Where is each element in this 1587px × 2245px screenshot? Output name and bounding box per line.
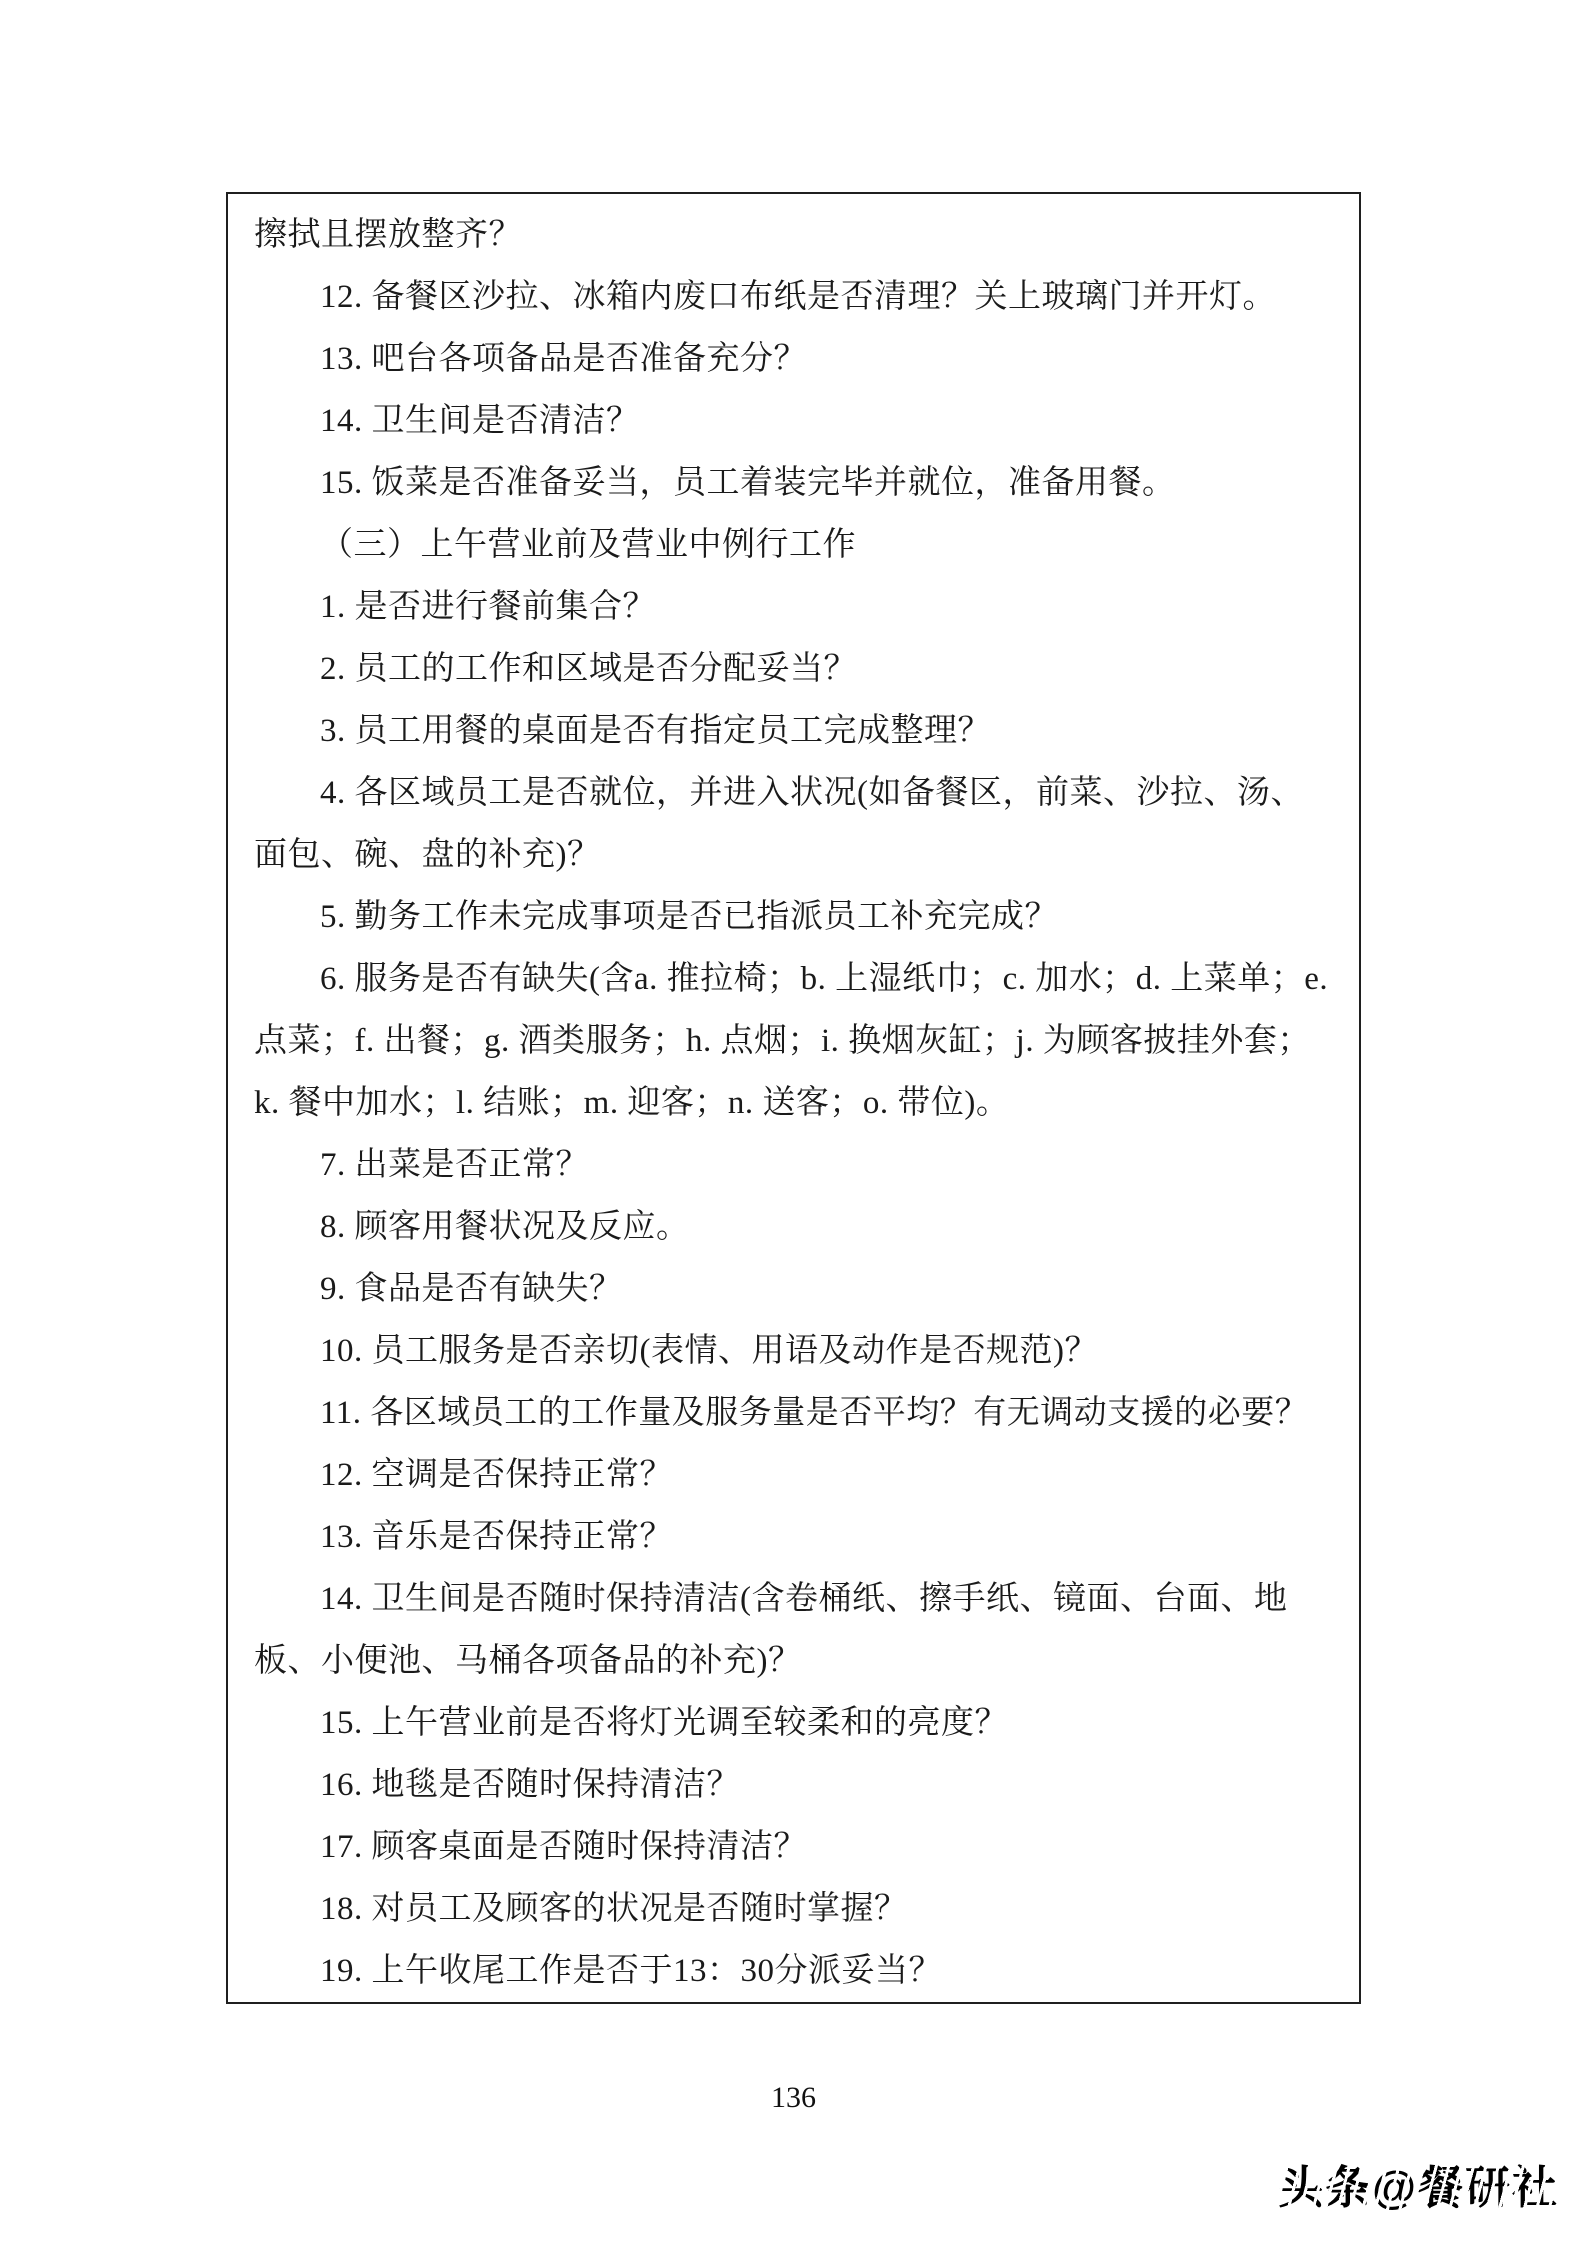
section-heading: （三）上午营业前及营业中例行工作 — [254, 514, 1335, 576]
checklist-item: 12. 备餐区沙拉、冰箱内废口布纸是否清理？关上玻璃门并开灯。 — [254, 266, 1335, 328]
page-number: 136 — [0, 2078, 1587, 2118]
checklist-item: 8. 顾客用餐状况及反应。 — [254, 1196, 1335, 1258]
continuation-text: 擦拭且摆放整齐？ — [254, 204, 1335, 266]
checklist-item: 4. 各区域员工是否就位，并进入状况(如备餐区，前菜、沙拉、汤、面包、碗、盘的补… — [254, 762, 1335, 886]
checklist-item: 15. 饭菜是否准备妥当，员工着装完毕并就位，准备用餐。 — [254, 452, 1335, 514]
watermark: 头条@餐研社 — [1278, 2160, 1559, 2215]
checklist-item: 14. 卫生间是否随时保持清洁(含卷桶纸、擦手纸、镜面、台面、地板、小便池、马桶… — [254, 1568, 1335, 1692]
checklist-box: 擦拭且摆放整齐？ 12. 备餐区沙拉、冰箱内废口布纸是否清理？关上玻璃门并开灯。… — [226, 192, 1361, 2004]
checklist-item: 9. 食品是否有缺失？ — [254, 1258, 1335, 1320]
checklist-item: 14. 卫生间是否清洁？ — [254, 390, 1335, 452]
checklist-item: 3. 员工用餐的桌面是否有指定员工完成整理？ — [254, 700, 1335, 762]
checklist-item: 2. 员工的工作和区域是否分配妥当？ — [254, 638, 1335, 700]
checklist-item: 1. 是否进行餐前集合？ — [254, 576, 1335, 638]
checklist-item: 16. 地毯是否随时保持清洁？ — [254, 1754, 1335, 1816]
checklist-item: 5. 勤务工作未完成事项是否已指派员工补充完成？ — [254, 886, 1335, 948]
checklist-item: 18. 对员工及顾客的状况是否随时掌握？ — [254, 1878, 1335, 1940]
checklist-item: 12. 空调是否保持正常？ — [254, 1444, 1335, 1506]
checklist-item: 13. 音乐是否保持正常？ — [254, 1506, 1335, 1568]
checklist-item: 19. 上午收尾工作是否于13：30分派妥当？ — [254, 1940, 1335, 2002]
checklist-item: 15. 上午营业前是否将灯光调至较柔和的亮度？ — [254, 1692, 1335, 1754]
checklist-item: 6. 服务是否有缺失(含a. 推拉椅；b. 上湿纸巾；c. 加水；d. 上菜单；… — [254, 948, 1335, 1134]
checklist-item: 11. 各区域员工的工作量及服务量是否平均？有无调动支援的必要？ — [254, 1382, 1335, 1444]
checklist-item: 13. 吧台各项备品是否准备充分？ — [254, 328, 1335, 390]
checklist-item: 17. 顾客桌面是否随时保持清洁？ — [254, 1816, 1335, 1878]
checklist-item: 7. 出菜是否正常？ — [254, 1134, 1335, 1196]
checklist-item: 10. 员工服务是否亲切(表情、用语及动作是否规范)？ — [254, 1320, 1335, 1382]
document-page: 擦拭且摆放整齐？ 12. 备餐区沙拉、冰箱内废口布纸是否清理？关上玻璃门并开灯。… — [0, 0, 1587, 2245]
